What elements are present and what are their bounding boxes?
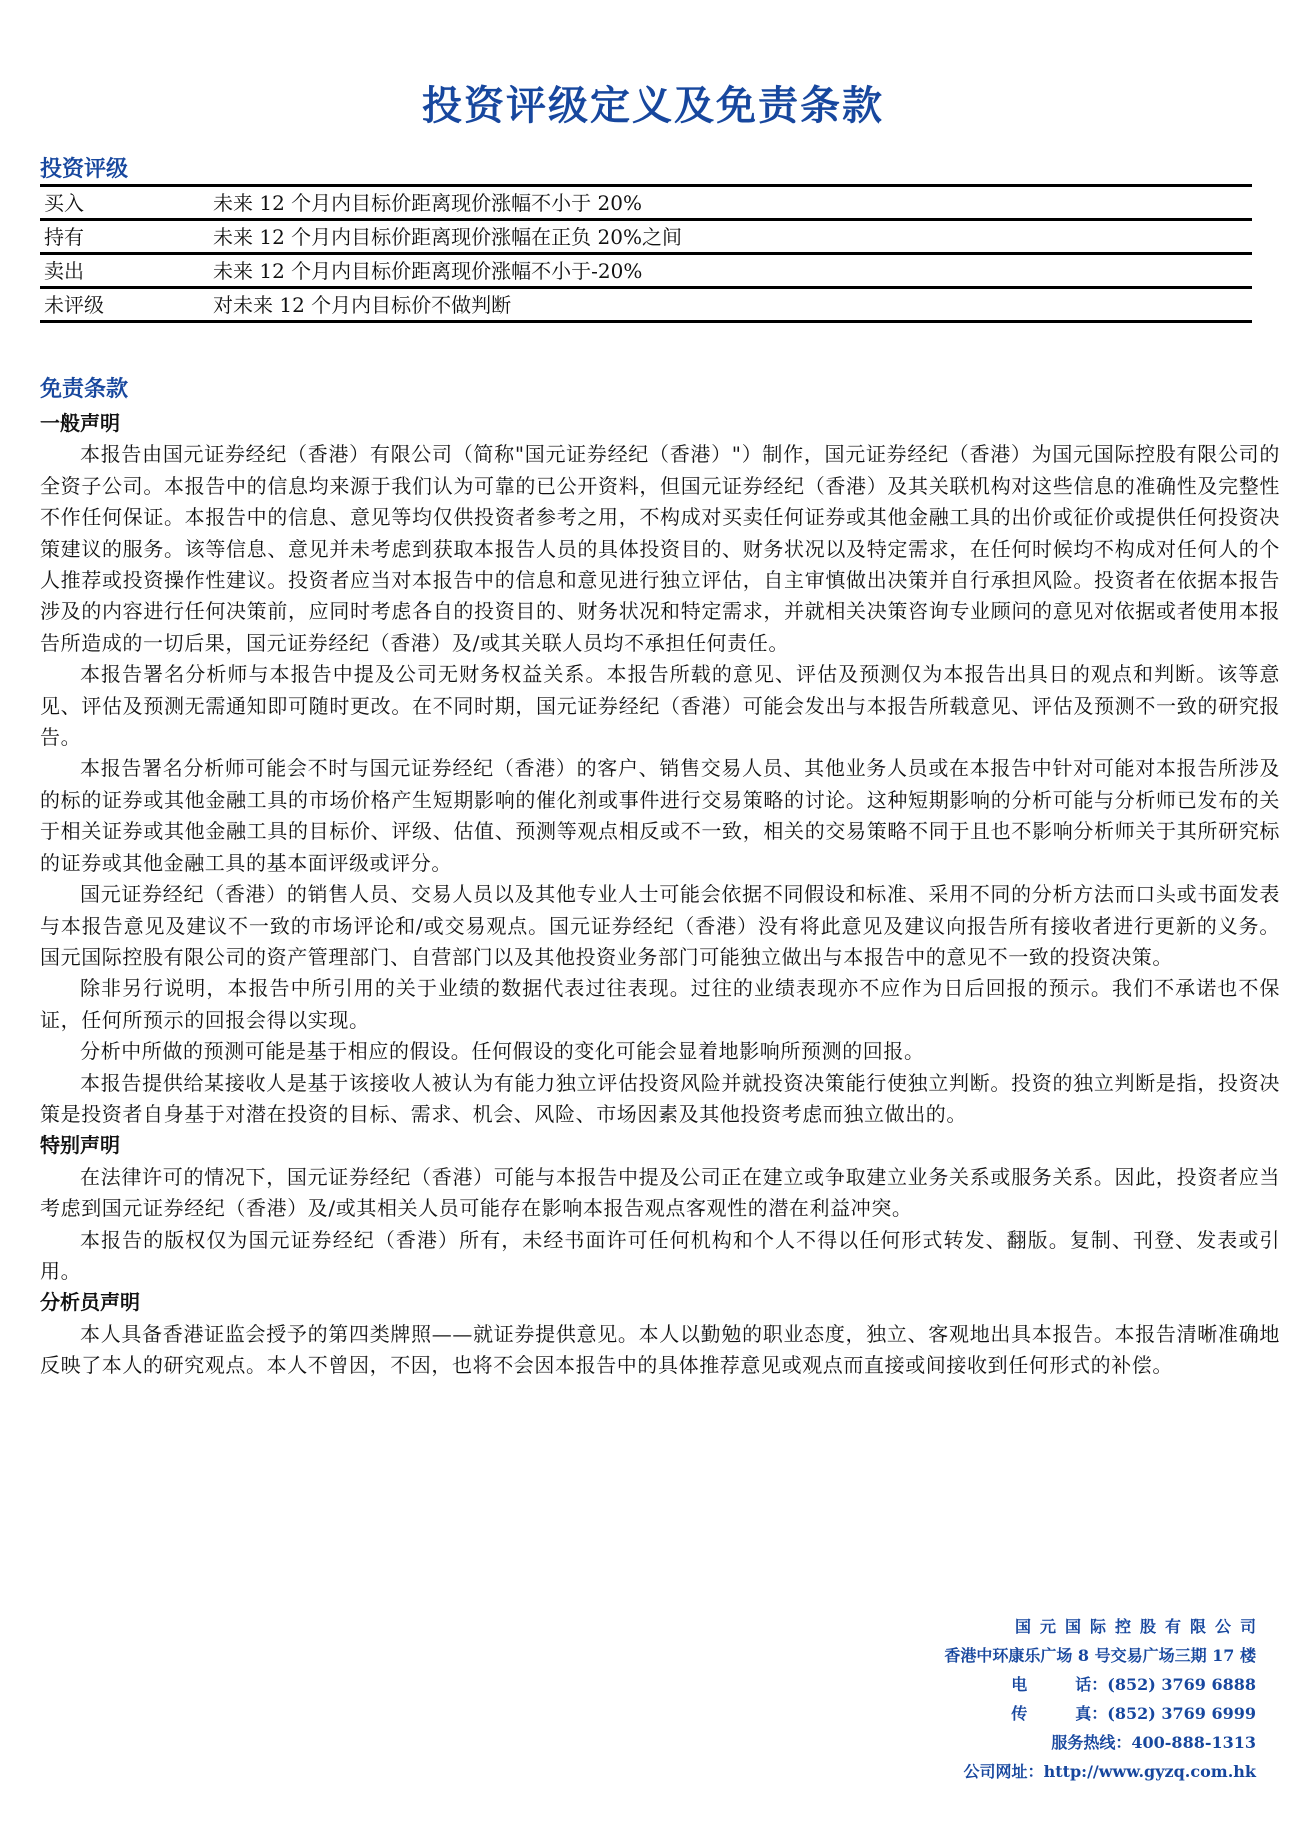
paragraph: 分析中所做的预测可能是基于相应的假设。任何假设的变化可能会显着地影响所预测的回报… — [40, 1036, 1280, 1067]
paragraph: 除非另行说明，本报告中所引用的关于业绩的数据代表过往表现。过往的业绩表现亦不应作… — [40, 973, 1280, 1036]
rating-label: 未评级 — [40, 288, 209, 322]
rating-definition: 对未来 12 个月内目标价不做判断 — [209, 288, 1252, 322]
rating-definition: 未来 12 个月内目标价距离现价涨幅不小于-20% — [209, 254, 1252, 288]
fax-row: 传 真：(852) 3769 6999 — [944, 1699, 1256, 1728]
paragraph: 本人具备香港证监会授予的第四类牌照——就证券提供意见。本人以勤勉的职业态度，独立… — [40, 1319, 1280, 1382]
paragraph: 本报告署名分析师可能会不时与国元证券经纪（香港）的客户、销售交易人员、其他业务人… — [40, 753, 1280, 879]
table-row: 卖出 未来 12 个月内目标价距离现价涨幅不小于-20% — [40, 254, 1252, 288]
table-row: 持有 未来 12 个月内目标价距离现价涨幅在正负 20%之间 — [40, 220, 1252, 254]
section-title-special: 特别声明 — [40, 1130, 1280, 1161]
hotline-number: 400-888-1313 — [1131, 1733, 1256, 1752]
paragraph: 本报告提供给某接收人是基于该接收人被认为有能力独立评估投资风险并就投资决策能行使… — [40, 1068, 1280, 1131]
fax-label: 传 真： — [1011, 1704, 1107, 1723]
table-row: 未评级 对未来 12 个月内目标价不做判断 — [40, 288, 1252, 322]
rating-label: 买入 — [40, 186, 209, 220]
paragraph: 本报告署名分析师与本报告中提及公司无财务权益关系。本报告所载的意见、评估及预测仅… — [40, 659, 1280, 753]
document-page: 投资评级定义及免责条款 投资评级 买入 未来 12 个月内目标价距离现价涨幅不小… — [0, 0, 1306, 1847]
website-label: 公司网址： — [964, 1762, 1044, 1781]
rating-definition: 未来 12 个月内目标价距离现价涨幅不小于 20% — [209, 186, 1252, 220]
hotline-label: 服务热线： — [1051, 1733, 1131, 1752]
phone-number: (852) 3769 6888 — [1107, 1675, 1256, 1694]
paragraph: 国元证券经纪（香港）的销售人员、交易人员以及其他专业人士可能会依据不同假设和标准… — [40, 879, 1280, 973]
ratings-heading: 投资评级 — [40, 152, 128, 183]
paragraph: 在法律许可的情况下，国元证券经纪（香港）可能与本报告中提及公司正在建立或争取建立… — [40, 1162, 1280, 1225]
hotline-row: 服务热线：400-888-1313 — [944, 1728, 1256, 1757]
disclaimer-body: 一般声明 本报告由国元证券经纪（香港）有限公司（简称"国元证券经纪（香港）"）制… — [40, 408, 1280, 1382]
ratings-table: 买入 未来 12 个月内目标价距离现价涨幅不小于 20% 持有 未来 12 个月… — [40, 184, 1252, 323]
section-title-analyst: 分析员声明 — [40, 1287, 1280, 1318]
rating-definition: 未来 12 个月内目标价距离现价涨幅在正负 20%之间 — [209, 220, 1252, 254]
company-contact-block: 国元国际控股有限公司 香港中环康乐广场 8 号交易广场三期 17 楼 电 话：(… — [944, 1612, 1256, 1786]
fax-number: (852) 3769 6999 — [1107, 1704, 1256, 1723]
rating-label: 持有 — [40, 220, 209, 254]
section-title-general: 一般声明 — [40, 408, 1280, 439]
website-row: 公司网址：http://www.gyzq.com.hk — [944, 1757, 1256, 1786]
paragraph: 本报告的版权仅为国元证券经纪（香港）所有，未经书面许可任何机构和个人不得以任何形… — [40, 1225, 1280, 1288]
paragraph: 本报告由国元证券经纪（香港）有限公司（简称"国元证券经纪（香港）"）制作，国元证… — [40, 439, 1280, 659]
phone-label: 电 话： — [1011, 1675, 1107, 1694]
page-title: 投资评级定义及免责条款 — [0, 74, 1306, 131]
company-address: 香港中环康乐广场 8 号交易广场三期 17 楼 — [944, 1641, 1256, 1670]
rating-label: 卖出 — [40, 254, 209, 288]
disclaimer-heading: 免责条款 — [40, 372, 128, 403]
phone-row: 电 话：(852) 3769 6888 — [944, 1670, 1256, 1699]
website-link[interactable]: http://www.gyzq.com.hk — [1044, 1762, 1256, 1781]
company-name: 国元国际控股有限公司 — [944, 1612, 1265, 1641]
table-row: 买入 未来 12 个月内目标价距离现价涨幅不小于 20% — [40, 186, 1252, 220]
